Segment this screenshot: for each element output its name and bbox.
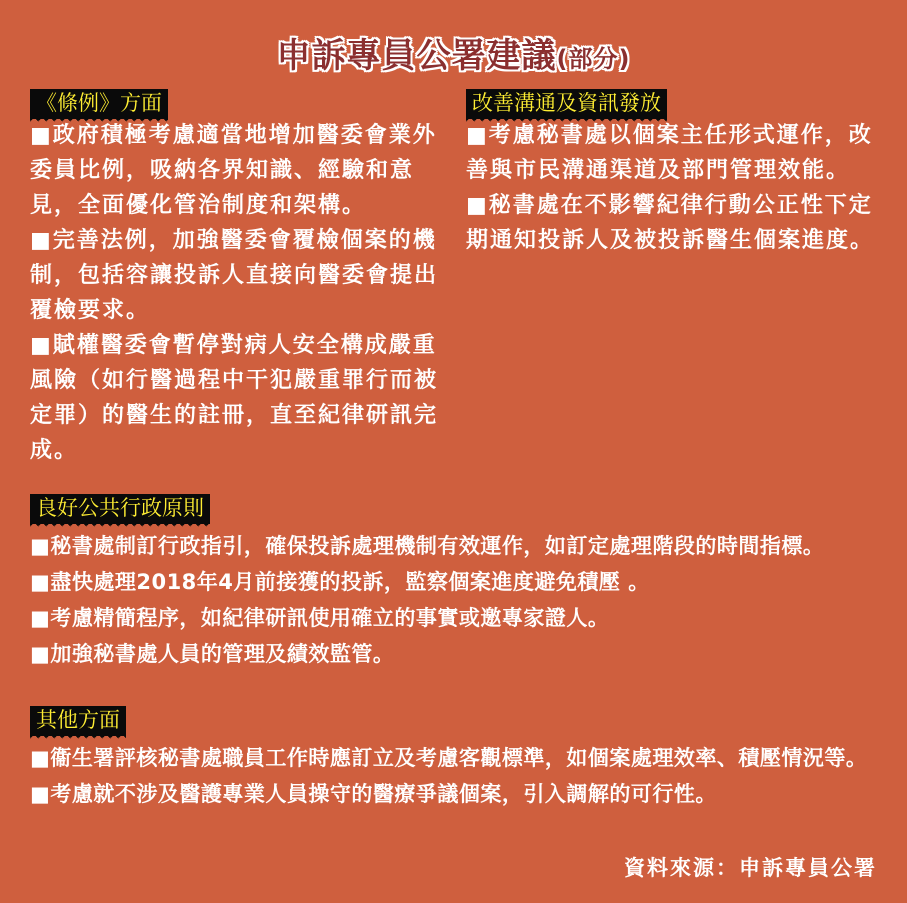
list-item: ■秘書處制訂行政指引，確保投訴處理機制有效運作，如訂定處理階段的時間指標。 xyxy=(30,528,890,564)
title-main: 申訴專員公署建議 xyxy=(277,36,557,76)
square-bullet-icon: ■ xyxy=(30,746,50,770)
square-bullet-icon: ■ xyxy=(30,642,50,666)
list-item: ■政府積極考慮適當地增加醫委會業外委員比例，吸納各界知識、經驗和意見，全面優化管… xyxy=(30,118,450,223)
square-bullet-icon: ■ xyxy=(30,782,50,806)
list-item: ■完善法例，加強醫委會覆檢個案的機制，包括容讓投訴人直接向醫委會提出覆檢要求。 xyxy=(30,223,450,328)
list-item: ■秘書處在不影響紀律行動公正性下定期通知投訴人及被投訴醫生個案進度。 xyxy=(466,188,886,258)
list-item: ■考慮精簡程序，如紀律研訊使用確立的事實或邀專家證人。 xyxy=(30,600,890,636)
page-title: 申訴專員公署建議(部分) xyxy=(0,28,907,77)
list-item: ■加強秘書處人員的管理及績效監管。 xyxy=(30,636,890,672)
square-bullet-icon: ■ xyxy=(30,123,53,148)
section-heading-communication: 改善溝通及資訊發放 xyxy=(466,89,667,119)
square-bullet-icon: ■ xyxy=(30,228,53,253)
list-item: ■賦權醫委會暫停對病人安全構成嚴重風險（如行醫過程中干犯嚴重罪行而被定罪）的醫生… xyxy=(30,328,450,468)
title-sub: (部分) xyxy=(557,45,631,73)
section-heading-good-administration: 良好公共行政原則 xyxy=(30,494,210,524)
section-heading-other: 其他方面 xyxy=(30,706,126,736)
square-bullet-icon: ■ xyxy=(466,123,489,148)
list-item: ■盡快處理2018年4月前接獲的投訴，監察個案進度避免積壓 。 xyxy=(30,564,890,600)
square-bullet-icon: ■ xyxy=(30,606,50,630)
section-heading-ordinance: 《條例》方面 xyxy=(30,89,168,119)
square-bullet-icon: ■ xyxy=(30,570,50,594)
list-item: ■考慮秘書處以個案主任形式運作，改善與市民溝通渠道及部門管理效能。 xyxy=(466,118,886,188)
list-item: ■考慮就不涉及醫護專業人員操守的醫療爭議個案，引入調解的可行性。 xyxy=(30,776,890,812)
section-other-list: ■衞生署評核秘書處職員工作時應訂立及考慮客觀標準，如個案處理效率、積壓情況等。 … xyxy=(30,740,890,812)
square-bullet-icon: ■ xyxy=(30,333,53,358)
source-credit: 資料來源：申訴專員公署 xyxy=(624,852,877,882)
section-good-administration-list: ■秘書處制訂行政指引，確保投訴處理機制有效運作，如訂定處理階段的時間指標。 ■盡… xyxy=(30,528,890,672)
section-communication-list: ■考慮秘書處以個案主任形式運作，改善與市民溝通渠道及部門管理效能。 ■秘書處在不… xyxy=(466,118,886,258)
square-bullet-icon: ■ xyxy=(30,534,50,558)
square-bullet-icon: ■ xyxy=(466,193,489,218)
list-item: ■衞生署評核秘書處職員工作時應訂立及考慮客觀標準，如個案處理效率、積壓情況等。 xyxy=(30,740,890,776)
section-ordinance-list: ■政府積極考慮適當地增加醫委會業外委員比例，吸納各界知識、經驗和意見，全面優化管… xyxy=(30,118,450,468)
